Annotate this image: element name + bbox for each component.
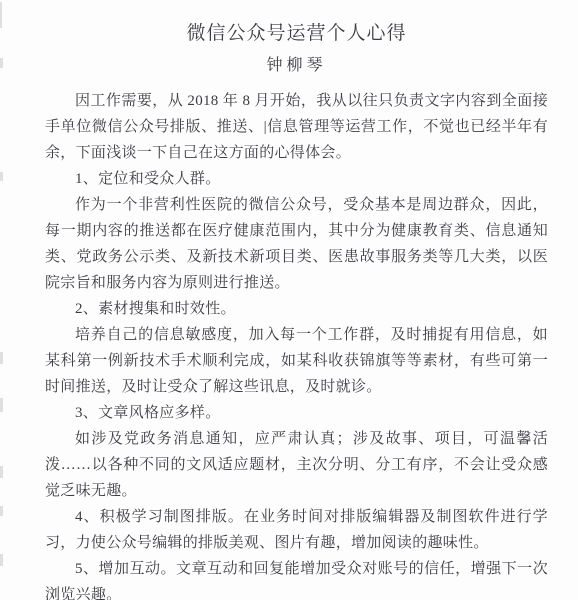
document-body[interactable]: 因工作需要，从 2018 年 8 月开始，我从以往只负责文字内容到全面接手单位微… <box>45 88 548 600</box>
scan-artifact <box>0 506 3 516</box>
paragraph-item-2[interactable]: 培养自己的信息敏感度，加入每一个工作群，及时捕捉有用信息，如某科第一例新技术手术… <box>45 322 548 400</box>
paragraph-intro[interactable]: 因工作需要，从 2018 年 8 月开始，我从以往只负责文字内容到全面接手单位微… <box>45 88 548 166</box>
scan-artifact <box>0 352 3 364</box>
numbered-item-3-heading[interactable]: 3、文章风格应多样。 <box>45 400 548 426</box>
paragraph-item-1[interactable]: 作为一个非营利性医院的微信公众号，受众基本是周边群众，因此，每一期内容的推送都在… <box>45 192 548 296</box>
paragraph-item-3[interactable]: 如涉及党政务消息通知，应严肃认真；涉及故事、项目，可温馨活泼……以各种不同的文风… <box>45 426 548 504</box>
scan-artifact <box>0 398 3 412</box>
document-text-area[interactable]: 微信公众号运营个人心得 钟柳琴 因工作需要，从 2018 年 8 月开始，我从以… <box>0 0 578 600</box>
paragraph-item-5[interactable]: 5、增加互动。文章互动和回复能增加受众对账号的信任，增强下一次浏览兴趣。 <box>45 556 548 600</box>
numbered-item-2-heading[interactable]: 2、素材搜集和时效性。 <box>45 296 548 322</box>
scan-artifact <box>0 2 2 28</box>
paragraph-item-4[interactable]: 4、积极学习制图排版。在业务时间对排版编辑器及制图软件进行学习，力使公众号编辑的… <box>45 504 548 556</box>
numbered-item-1-heading[interactable]: 1、定位和受众人群。 <box>45 166 548 192</box>
scan-artifact <box>0 466 3 478</box>
document-page: 微信公众号运营个人心得 钟柳琴 因工作需要，从 2018 年 8 月开始，我从以… <box>0 0 578 600</box>
scan-artifact <box>0 554 3 566</box>
scan-artifact <box>0 58 3 68</box>
scan-artifact <box>0 172 3 181</box>
document-title[interactable]: 微信公众号运营个人心得 <box>45 22 548 46</box>
author-name[interactable]: 钟柳琴 <box>45 55 548 77</box>
